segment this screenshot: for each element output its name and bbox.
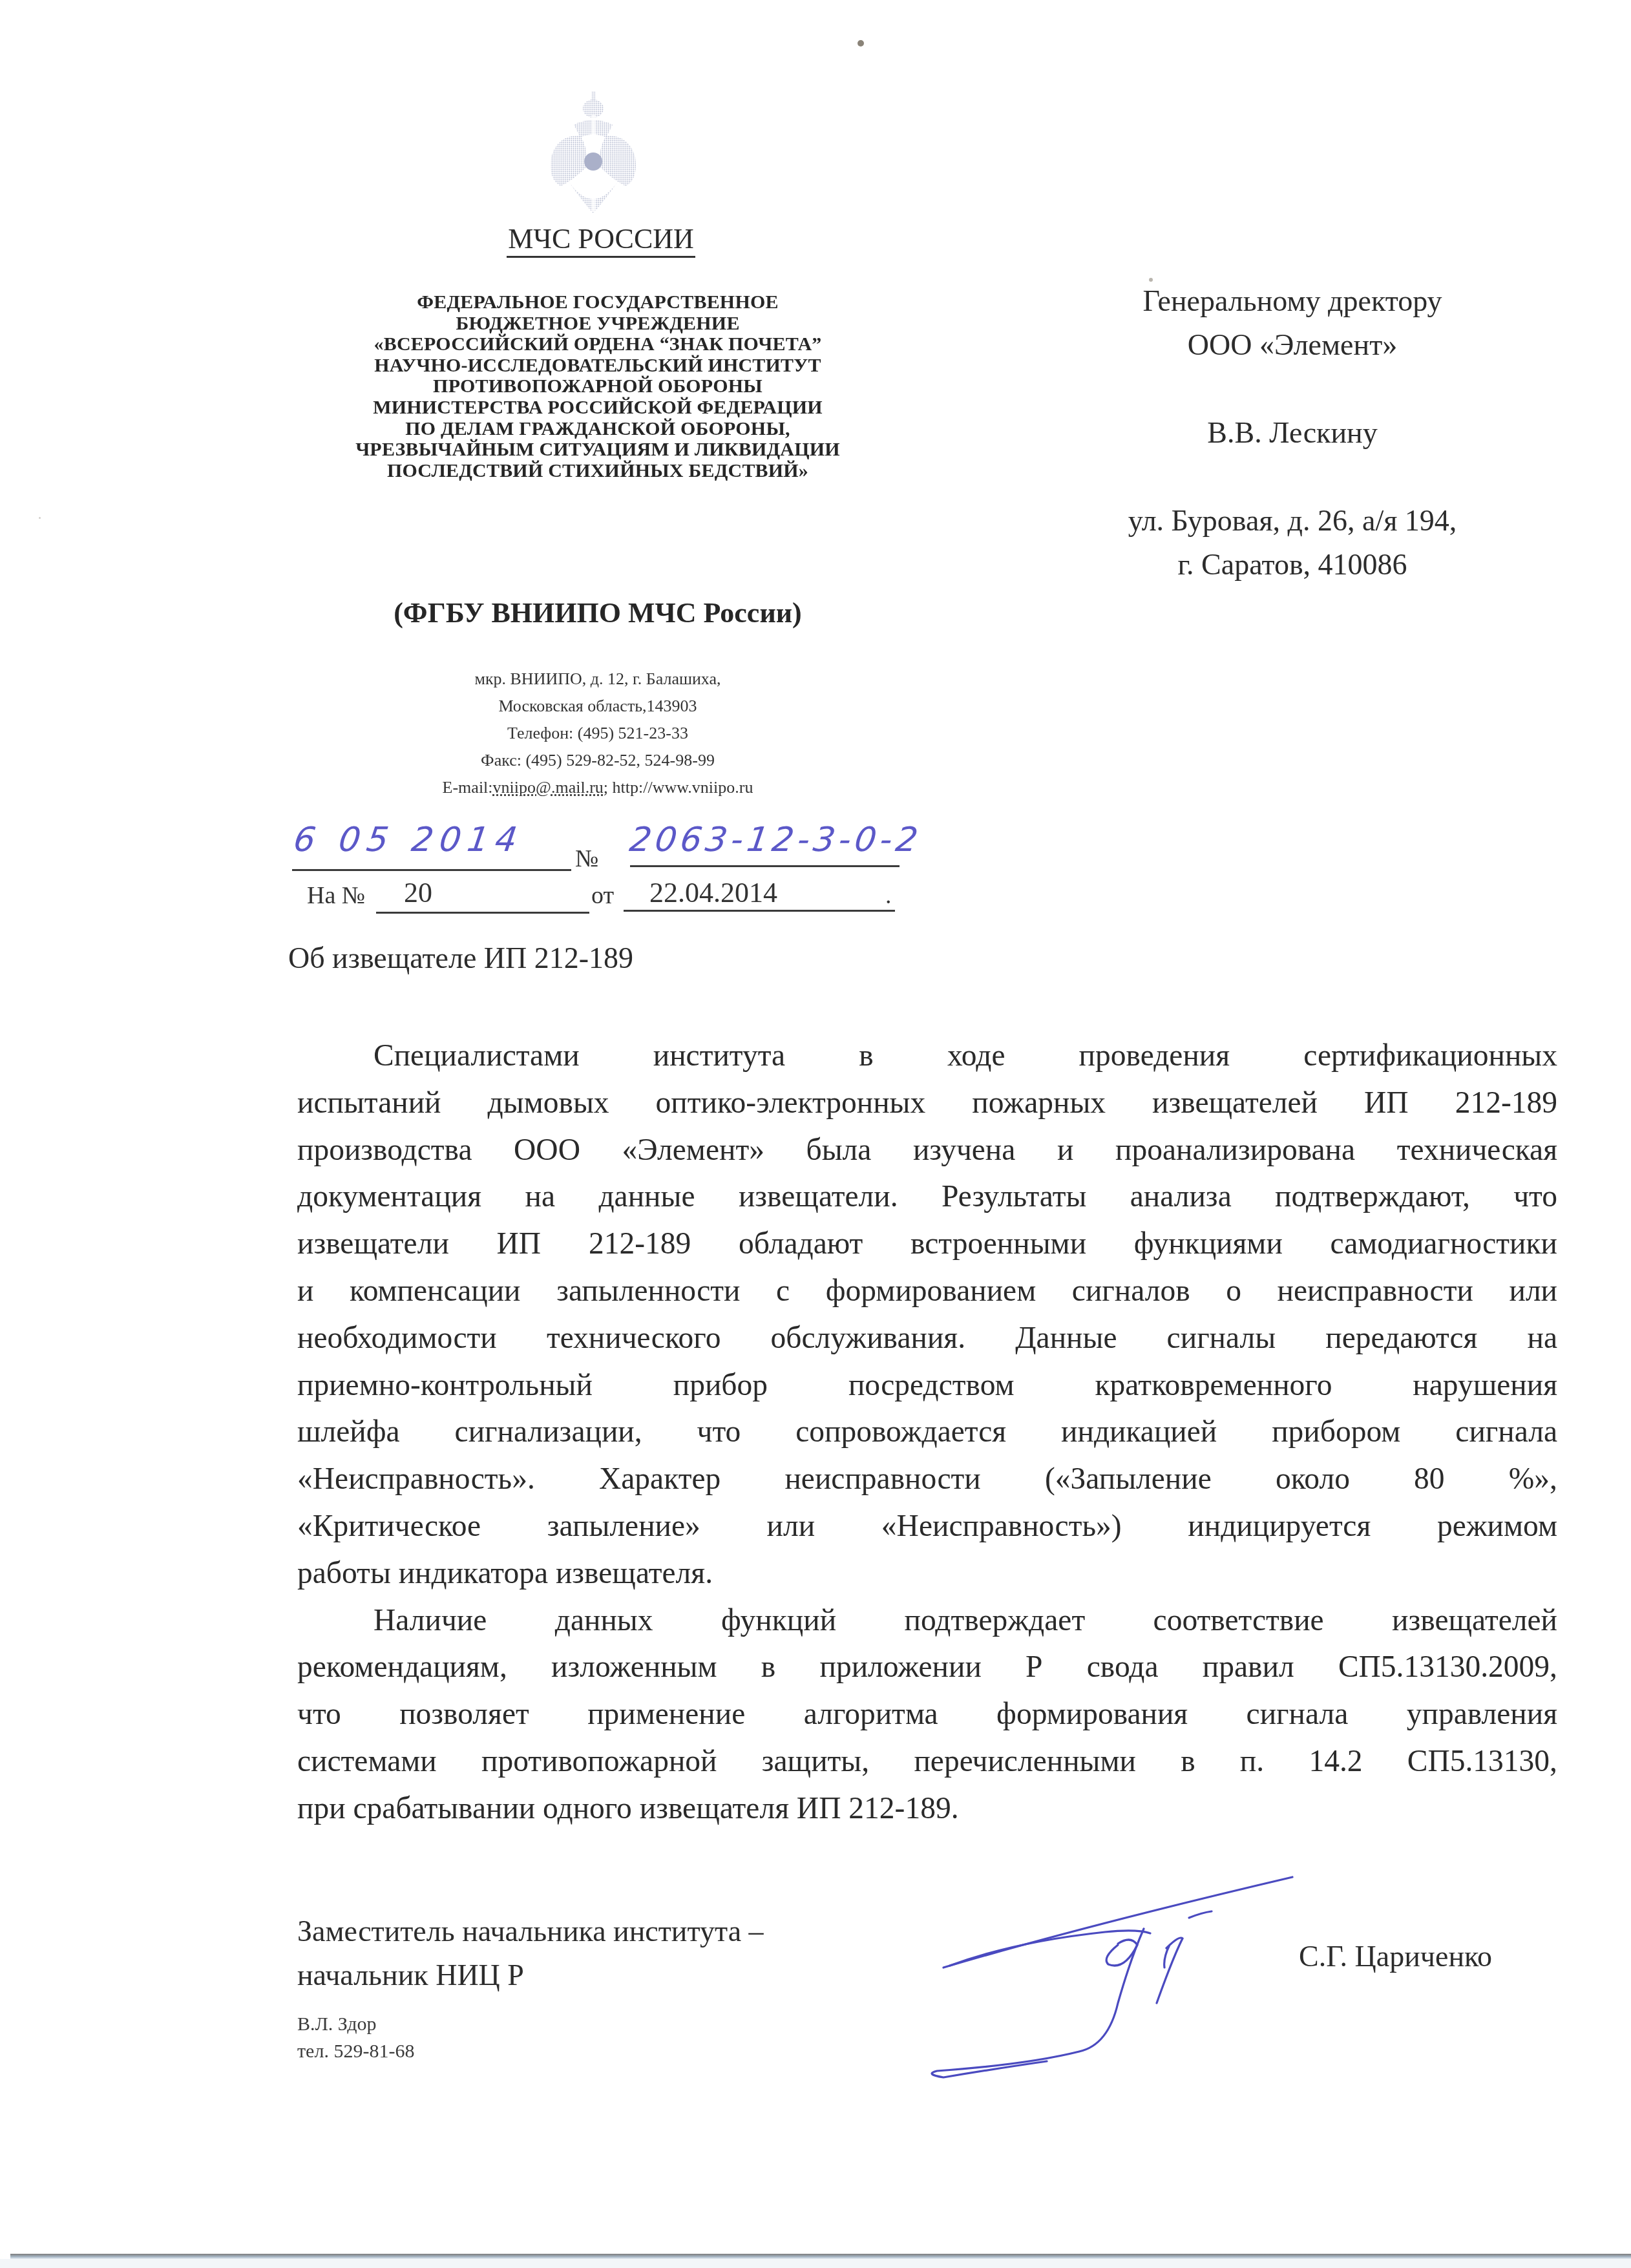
scan-speck	[39, 517, 41, 519]
phone: Телефон: (495) 521-23-33	[291, 720, 905, 747]
reply-to-date: 22.04.2014	[649, 877, 777, 908]
body-line: извещатели ИП 212-189 обладают встроенны…	[297, 1221, 1557, 1268]
ministry-name: МЧС РОССИИ	[472, 223, 730, 255]
letter-subject: Об извещателе ИП 212-189	[288, 940, 633, 976]
signatory-title-line-2: начальник НИЦ Р	[297, 1953, 764, 1997]
body-line: что позволяет применение алгоритма форми…	[297, 1691, 1557, 1738]
organization-full-name: ФЕДЕРАЛЬНОЕ ГОСУДАРСТВЕННОЕ БЮДЖЕТНОЕ УЧ…	[291, 292, 905, 481]
number-sign: №	[575, 843, 598, 874]
email-web-line: E-mail:vniipo@.mail.ru; http://www.vniip…	[291, 774, 905, 801]
address-line-2: Московская область,143903	[291, 693, 905, 720]
body-line: системами противопожарной защиты, перечи…	[297, 1738, 1557, 1785]
scan-background	[0, 2259, 1631, 2268]
outgoing-number-handwritten: 2063-12-3-0-2	[627, 821, 924, 859]
from-label: от	[591, 880, 614, 911]
addressee-company: ООО «Элемент»	[1034, 323, 1551, 367]
org-line: ФЕДЕРАЛЬНОЕ ГОСУДАРСТВЕННОЕ	[291, 292, 905, 313]
email-label: E-mail:	[443, 778, 493, 797]
org-line: ПО ДЕЛАМ ГРАЖДАНСКОЙ ОБОРОНЫ,	[291, 419, 905, 440]
organization-short-name: (ФГБУ ВНИИПО МЧС России)	[291, 596, 905, 631]
signatory-title-line-1: Заместитель начальника института –	[297, 1909, 764, 1953]
org-line: ПОСЛЕДСТВИЙ СТИХИЙНЫХ БЕДСТВИЙ»	[291, 461, 905, 482]
scan-speck	[858, 40, 864, 47]
body-line: шлейфа сигнализации, что сопровождается …	[297, 1409, 1557, 1456]
addressee-position: Генеральному дректору	[1034, 279, 1551, 323]
fax: Факс: (495) 529-82-52, 524-98-99	[291, 747, 905, 774]
address-line-1: мкр. ВНИИПО, д. 12, г. Балашиха,	[291, 666, 905, 693]
trailing-dot: .	[885, 880, 892, 911]
executor-block: В.Л. Здор тел. 529-81-68	[297, 2011, 414, 2065]
body-line: приемно-контрольный прибор посредством к…	[297, 1362, 1557, 1409]
executor-name: В.Л. Здор	[297, 2011, 414, 2038]
body-line: работы индикатора извещателя.	[297, 1550, 1557, 1597]
date-underline	[292, 869, 571, 871]
website: ; http://www.vniipo.ru	[604, 778, 753, 797]
org-line: ПРОТИВОПОЖАРНОЙ ОБОРОНЫ	[291, 376, 905, 397]
reply-to-number: 20	[404, 877, 432, 908]
reply-to-label: На №	[307, 880, 365, 911]
signatory-name: С.Г. Цариченко	[1299, 1938, 1492, 1975]
body-line: «Критическое запыление» или «Неисправнос…	[297, 1503, 1557, 1550]
emchs-emblem-icon	[542, 89, 645, 216]
reply-number-underline	[376, 912, 589, 914]
body-line: рекомендациям, изложенным в приложении Р…	[297, 1644, 1557, 1691]
addressee-address-line-2: г. Саратов, 410086	[1034, 543, 1551, 587]
outgoing-date-handwritten: 6 05 2014	[291, 821, 526, 859]
body-line: и компенсации запыленности с формировани…	[297, 1268, 1557, 1315]
handwritten-signature-icon	[924, 1874, 1344, 2087]
email-link[interactable]: vniipo@.mail.ru	[493, 778, 604, 797]
org-line: БЮДЖЕТНОЕ УЧРЕЖДЕНИЕ	[291, 313, 905, 335]
executor-phone: тел. 529-81-68	[297, 2038, 414, 2065]
body-line: производства ООО «Элемент» была изучена …	[297, 1127, 1557, 1174]
org-line: МИНИСТЕРСТВА РОССИЙСКОЙ ФЕДЕРАЦИИ	[291, 397, 905, 419]
signatory-title: Заместитель начальника института – начал…	[297, 1909, 764, 1997]
org-line: НАУЧНО-ИССЛЕДОВАТЕЛЬСКИЙ ИНСТИТУТ	[291, 355, 905, 377]
organization-contacts: мкр. ВНИИПО, д. 12, г. Балашиха, Московс…	[291, 666, 905, 801]
body-line: «Неисправность». Характер неисправности …	[297, 1456, 1557, 1503]
number-underline	[630, 865, 900, 867]
letter-body: Специалистами института в ходе проведени…	[297, 1033, 1557, 1832]
paragraph-2: Наличие данных функций подтверждает соот…	[297, 1597, 1557, 1832]
org-line: ЧРЕЗВЫЧАЙНЫМ СИТУАЦИЯМ И ЛИКВИДАЦИИ	[291, 439, 905, 461]
org-line: «ВСЕРОССИЙСКИЙ ОРДЕНА “ЗНАК ПОЧЕТА”	[291, 334, 905, 355]
scan-page-edge	[10, 2254, 1631, 2259]
body-line: при срабатывании одного извещателя ИП 21…	[297, 1785, 1557, 1832]
addressee-name: В.В. Лескину	[1034, 411, 1551, 455]
body-line: Специалистами института в ходе проведени…	[297, 1033, 1557, 1080]
paragraph-1: Специалистами института в ходе проведени…	[297, 1033, 1557, 1597]
body-line: необходимости технического обслуживания.…	[297, 1315, 1557, 1362]
body-line: документация на данные извещатели. Резул…	[297, 1173, 1557, 1221]
reply-date-underline	[624, 910, 895, 912]
body-line: Наличие данных функций подтверждает соот…	[297, 1597, 1557, 1644]
addressee-address-line-1: ул. Буровая, д. 26, а/я 194,	[1034, 499, 1551, 543]
addressee-block: Генеральному дректору ООО «Элемент» В.В.…	[1034, 279, 1551, 587]
body-line: испытаний дымовых оптико-электронных пож…	[297, 1080, 1557, 1127]
